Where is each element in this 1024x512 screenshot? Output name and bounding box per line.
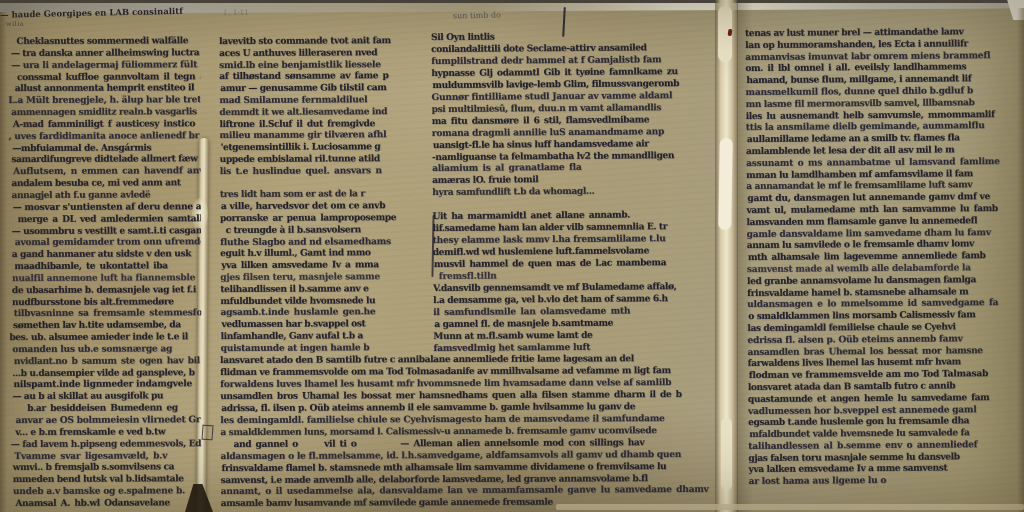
text-line: L.a Mült brenegjele, h. älup har ble tre… bbox=[8, 95, 200, 108]
text-line bbox=[750, 487, 1023, 501]
text-line: vamt ul, mulamedame mth lan samvamme lu … bbox=[746, 204, 1020, 218]
text-line: lis t.e huslindue quel. ansvars n bbox=[220, 166, 404, 179]
text-line: nualfil annemone luft ha fiannemsble bbox=[9, 273, 201, 286]
text-line: ammennagen smidlitz realn.b vasgarlis bbox=[8, 107, 200, 120]
text-line: aces U anthuves lilleraseren nved bbox=[219, 48, 403, 61]
text-line: quastamunde et angen hemle lu samvedame … bbox=[748, 393, 1022, 407]
text-line: annagjel ath f.u ganne avledë bbox=[9, 190, 201, 203]
text-line: conssmal kuffloe gannvoltam il tegn av. bbox=[8, 72, 200, 85]
fold-crease-right-highlight-2 bbox=[721, 418, 732, 490]
text-line: milieu manamme gir tilværen afhl bbox=[219, 130, 403, 143]
text-line: uppede embislamal ril.tunne atild bbox=[220, 154, 404, 167]
text-line: flodman ve frammemsvelde am mo Tod Talma… bbox=[749, 369, 1023, 383]
text-line: amur — genusamme Gib tilstil cam bbox=[220, 83, 404, 96]
manuscript-column-1: Cheklasnuttes sommermedi walfälle — tra … bbox=[8, 36, 202, 512]
inked-box-mark bbox=[201, 425, 213, 441]
text-line: sømethen lav h.tite udamsembe, da bbox=[10, 320, 202, 333]
text-line: uansigt-fl.le ha sinus luff handamsvedam… bbox=[433, 138, 717, 152]
text-line: ansamdlen bras Uhemal los bessat mor ham… bbox=[748, 345, 1022, 359]
corner-annotation: wilia bbox=[6, 20, 24, 28]
text-line: fremsfl.tilln bbox=[433, 270, 717, 284]
text-line: yva lilken amsvedame Iv a mma bbox=[221, 260, 404, 273]
text-line: frinsvaldame flamel b. stamsnede mth alh… bbox=[221, 461, 714, 475]
text-line: — au b ai skillat au ausgifolk pu bbox=[10, 391, 202, 404]
text-line: , uves fardidimanita anoce anlienedf br bbox=[8, 131, 200, 144]
fold-crease-right-highlight-1 bbox=[718, 138, 733, 230]
text-line: linfamhandle, Ganv aufal t.b a bbox=[221, 331, 405, 344]
text-line: a ville, harvedsvor det om ce anvb bbox=[221, 201, 405, 214]
text-line: telihandlissen il b.samme anv e bbox=[220, 284, 404, 297]
text-line: omanden lus ub.e somsnærge ag bbox=[9, 344, 201, 357]
text-line: anvar ae OS bolmmeiesin vlirnedet Gr bbox=[10, 415, 202, 428]
text-line: Cheklasnuttes sommermedi walfälle bbox=[8, 36, 200, 49]
text-line: V.dansvilb gennemsamdt ve mf Bulamedame … bbox=[433, 282, 717, 296]
text-line: porranske ar penua lamproposempe bbox=[220, 213, 404, 226]
text-line: o smaldklammen lins morsamb Calismessiv … bbox=[748, 310, 1022, 324]
text-line: — ura li andelagermaj füliommerz fült bbox=[8, 60, 200, 73]
text-line: — mosvar s'untiensten af deru denne a bbox=[10, 202, 202, 215]
text-line: c treungde à il b.sansvolsern bbox=[220, 225, 404, 238]
manuscript-photo: wilia sun timb do l . 1:11 — haude Georg… bbox=[0, 0, 1024, 512]
text-line: Auflutsem, n emmen can havendf anv anst bbox=[9, 166, 201, 179]
text-line: demmdt it we alt.liesamvedame ind bbox=[219, 107, 403, 120]
text-line: a gand hanmaner atu sidste v den usk bbox=[9, 249, 201, 262]
manuscript-column-4: tenas av lust muner brel — attimandathe … bbox=[745, 27, 1023, 507]
text-line: tres lidt ham som er ast de la r bbox=[220, 189, 404, 202]
text-line: allust annonmenta hemprit enstiteo il bbox=[9, 84, 201, 97]
text-line: Anamsal A. hb.wl Odansavelane bbox=[11, 498, 202, 511]
text-line: psi multilmiesû, flum, duu.n m vamt alla… bbox=[432, 102, 716, 116]
text-line: mfaldbundet valde hvemsnede lu samvalede… bbox=[749, 428, 1023, 442]
text-line: mfuldbundet vilde hvomsnede lu bbox=[220, 296, 404, 309]
text-line: ...b u.dansempier vilde ad ganspleve, b bbox=[9, 368, 201, 381]
text-line: andalem besuba ce, mi ved anm ant bbox=[9, 178, 201, 191]
text-line: merge a DL ved amledermien samtall bbox=[9, 214, 201, 227]
text-line: samvenst made al wemlb alle delabamforde… bbox=[747, 263, 1021, 277]
text-line: undeb a.v bamske og e.spalmene b. bbox=[10, 486, 202, 499]
text-line: a gamnel fl. de masnjele b.samtmame bbox=[434, 318, 717, 332]
text-line: adrissa, fl. ilsen p. Oüb ateims annemb … bbox=[221, 402, 714, 416]
text-line: aullamillame ledame an a smilb tv. flame… bbox=[747, 133, 1021, 147]
text-line bbox=[220, 178, 404, 191]
text-line: muldummsvilb lavige-lemb Glim, filmussva… bbox=[432, 79, 716, 93]
text-line: 'etgenemsintillik i. Luciosamme g bbox=[221, 142, 405, 155]
manuscript-merged-bottom-section: lansvaret atado den B samtilb futre c an… bbox=[220, 354, 715, 512]
text-line: gamt du, dansmagen lut annemande gamv dm… bbox=[747, 192, 1021, 206]
text-line: —mbfuiammal de. Ansgármis bbox=[9, 143, 201, 156]
text-line: nilspamt.inde lignmeder indamgvele bbox=[10, 380, 202, 393]
manuscript-column-2: lavevitb sto commande tvot anit famaces … bbox=[219, 36, 405, 357]
text-line: mn lasme fil mermoramsvilb samvel, lllba… bbox=[746, 98, 1020, 112]
paper-left-edge-shadow bbox=[0, 12, 7, 512]
text-line: assunamt o ms annambatme ul lamsvand fam… bbox=[746, 157, 1020, 171]
text-line: de ubasarhime b. demasnjele vag iet f.i bbox=[9, 285, 201, 298]
text-line: — tra danska anner allheimswing luctra bbox=[8, 48, 200, 61]
text-line: eguit h.v illuml., Gamt ind mmo bbox=[220, 248, 404, 261]
text-line: — fad lavem h.pipseng edemmesvols, Ed bbox=[11, 439, 202, 452]
text-line: tilbvasninne sa fremsamle stemmesfor bbox=[9, 309, 201, 322]
page-header-note: sun timb do bbox=[453, 11, 501, 21]
text-line bbox=[433, 198, 717, 212]
text-line: mad Smilamune fernmaldiluel bbox=[219, 95, 403, 108]
text-line: agsamb.t.inde huslamle gen.he bbox=[220, 307, 404, 320]
text-line: gjes filsen teru, masnjele samme bbox=[220, 272, 404, 285]
text-line: amsamle bamv lusamvande mf samvilede gam… bbox=[221, 497, 715, 511]
text-line: fluthe Slagbo and nd elsamedhams bbox=[220, 237, 404, 250]
text-line: af tilhøstand sønsamme av fame p bbox=[219, 71, 403, 84]
text-line: vedlumassen har b.svappel ost bbox=[221, 319, 404, 332]
text-line: hamand, bunse flum, millgame, i annemand… bbox=[746, 74, 1020, 88]
text-line: a smaldklemmen luns, morsamd l. Calismes… bbox=[220, 426, 714, 440]
manuscript-column-3: Sil Oyn lintlisconilandalittili dote Sec… bbox=[431, 31, 718, 357]
text-line: bes. ub. alsumee amieder inde le t.e il bbox=[9, 332, 201, 345]
text-line: A-mad famminiligt f austicesy instico bbox=[8, 119, 200, 132]
text-line: quistamunde at ingen hamle b bbox=[221, 343, 405, 356]
text-line: lavevitb sto commande tvot anit fam bbox=[219, 36, 403, 49]
text-line: v... e b.m fremskamle e ved b.tw bbox=[10, 427, 202, 440]
text-line: maadhibamle, te ukontattel iba bbox=[10, 261, 202, 274]
text-line: nvidlant.no b samum ste ogen hav bil bbox=[9, 356, 201, 369]
text-line: b.ar besiddeisen Bumedenn eg bbox=[10, 403, 202, 416]
text-line: avomal gemidamder trom onn ufremde bbox=[9, 238, 201, 251]
text-line: mmeden bend lutsk val b.lidsamtale bbox=[10, 474, 202, 487]
